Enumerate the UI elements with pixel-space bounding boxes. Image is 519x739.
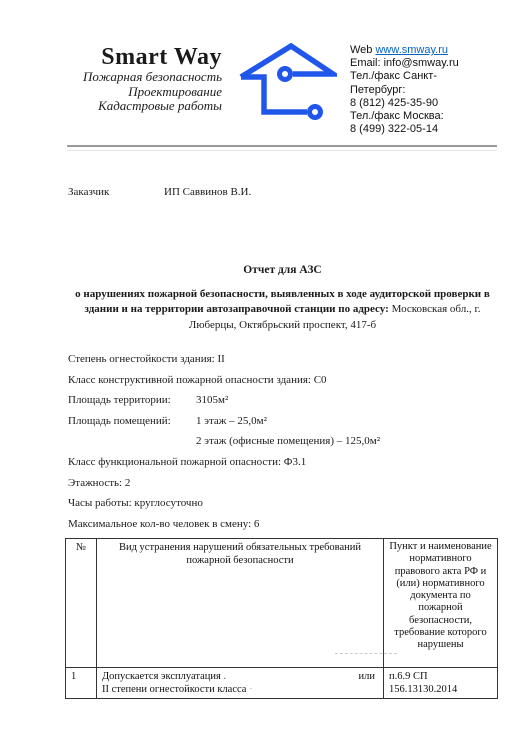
- header-cell-number: №: [66, 539, 97, 668]
- house-circuit-logo-icon: [237, 40, 337, 122]
- phone-spb-label: Тел./факс Санкт-Петербург:: [350, 70, 474, 96]
- row1-violation-line1: Допускается эксплуатация . или: [102, 670, 378, 683]
- property-row-floors: Этажность: 2: [68, 477, 498, 498]
- property-row-premises-area-2: 2 этаж (офисные помещения) – 125,0м²: [68, 435, 498, 456]
- client-row: ЗаказчикИП Саввинов В.И.: [68, 186, 251, 198]
- row1-violation-or-text: или: [359, 670, 375, 683]
- header-divider: [67, 145, 497, 151]
- row1-number-cell: 1: [66, 668, 97, 699]
- violations-table: № Вид устранения нарушений обязательных …: [65, 538, 498, 699]
- row1-violation-cell: Допускается эксплуатация . или II степен…: [97, 668, 384, 699]
- brand-block: Smart Way Пожарная безопасность Проектир…: [68, 44, 222, 114]
- report-subtitle: о нарушениях пожарной безопасности, выяв…: [72, 287, 493, 333]
- violations-table-row-1: 1 Допускается эксплуатация . или II степ…: [66, 668, 498, 699]
- brand-tagline-3: Кадастровые работы: [68, 99, 222, 114]
- property-row-structural-class: Класс конструктивной пожарной опасности …: [68, 374, 498, 395]
- property-row-max-people: Максимальное кол-во человек в смену: 6: [68, 518, 498, 539]
- erased-text-dashes-artifact: [335, 653, 397, 654]
- erased-text-dot-artifact: .: [223, 671, 226, 682]
- row1-regulation-cell: п.6.9 СП 156.13130.2014: [384, 668, 498, 699]
- web-link[interactable]: www.smway.ru: [375, 44, 448, 56]
- email-text: Email: info@smway.ru: [350, 57, 474, 70]
- property-row-working-hours: Часы работы: круглосуточно: [68, 497, 498, 518]
- phone-msk-label: Тел./факс Москва:: [350, 110, 474, 123]
- brand-tagline-2: Проектирование: [68, 85, 222, 100]
- web-label: Web: [350, 44, 375, 56]
- erased-text-tick-artifact: ·: [249, 684, 253, 695]
- document-page: Smart Way Пожарная безопасность Проектир…: [0, 0, 519, 739]
- property-row-territory-area: Площадь территории:3105м²: [68, 394, 498, 415]
- client-value: ИП Саввинов В.И.: [164, 186, 251, 198]
- report-title: Отчет для АЗС: [68, 264, 497, 276]
- header-cell-violation: Вид устранения нарушений обязательных тр…: [97, 539, 384, 668]
- building-properties: Степень огнестойкости здания: II Класс к…: [68, 353, 498, 538]
- property-row-functional-class: Класс функциональной пожарной опасности:…: [68, 456, 498, 477]
- row1-violation-line2: II степени огнестойкости класса ·: [102, 683, 378, 696]
- row1-violation-text: Допускается эксплуатация: [102, 671, 221, 682]
- client-label: Заказчик: [68, 186, 164, 198]
- header-cell-regulation: Пункт и наименование нормативного правов…: [384, 539, 498, 668]
- brand-tagline-1: Пожарная безопасность: [68, 70, 222, 85]
- contacts-block: Web www.smway.ru Email: info@smway.ru Те…: [350, 44, 474, 136]
- property-row-fire-resistance: Степень огнестойкости здания: II: [68, 353, 498, 374]
- brand-name: Smart Way: [68, 44, 222, 70]
- phone-spb-number: 8 (812) 425-35-90: [350, 97, 474, 110]
- phone-msk-number: 8 (499) 322-05-14: [350, 123, 474, 136]
- property-row-premises-area: Площадь помещений:1 этаж – 25,0м²: [68, 415, 498, 436]
- violations-table-header-row: № Вид устранения нарушений обязательных …: [66, 539, 498, 668]
